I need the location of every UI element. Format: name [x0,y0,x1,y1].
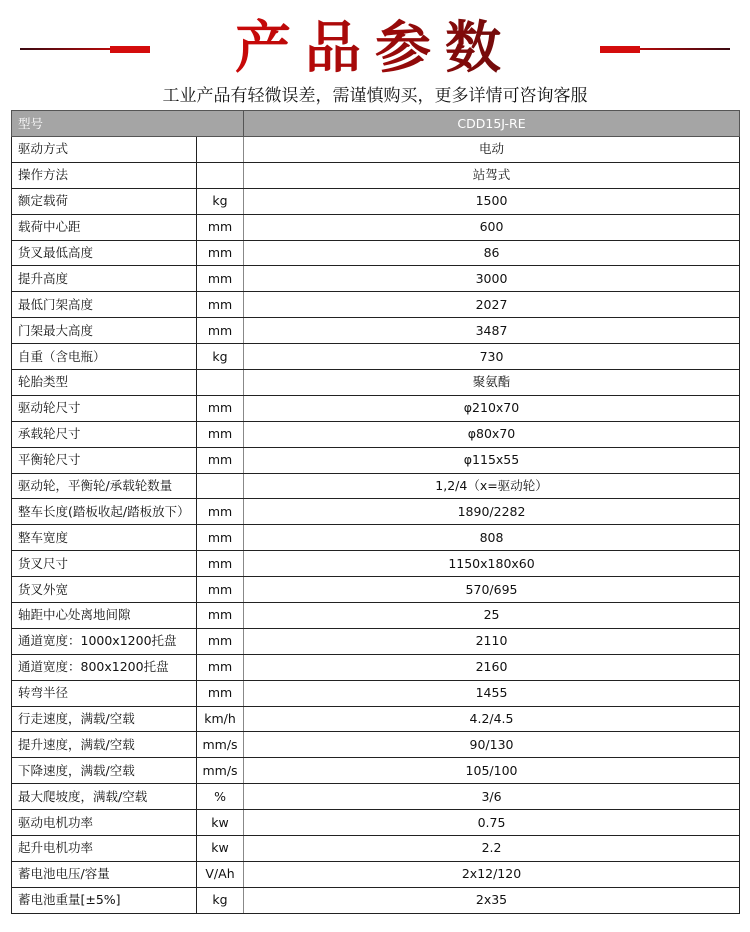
spec-unit: kg [197,188,244,214]
spec-label: 轮胎类型 [12,370,197,396]
table-row: 载荷中心距mm600 [12,214,740,240]
spec-unit [197,473,244,499]
spec-value: 2x12/120 [244,861,740,887]
spec-value: 1500 [244,188,740,214]
decorative-line-right [600,47,730,51]
spec-label: 整车宽度 [12,525,197,551]
table-row: 提升高度mm3000 [12,266,740,292]
spec-unit: mm [197,395,244,421]
table-row: 蓄电池重量[±5%]kg2x35 [12,887,740,913]
table-row: 货叉最低高度mm86 [12,240,740,266]
spec-label: 驱动电机功率 [12,810,197,836]
spec-value: 105/100 [244,758,740,784]
spec-value: 3/6 [244,784,740,810]
spec-unit: kw [197,810,244,836]
spec-value: 站驾式 [244,162,740,188]
spec-unit: mm [197,240,244,266]
table-row: 货叉尺寸mm1150x180x60 [12,551,740,577]
spec-unit: mm [197,628,244,654]
table-row: 起升电机功率kw2.2 [12,836,740,862]
spec-unit: mm [197,447,244,473]
spec-unit: % [197,784,244,810]
table-header-row: 型号 CDD15J-RE [12,111,740,137]
spec-value: 聚氨酯 [244,370,740,396]
spec-label: 转弯半径 [12,680,197,706]
spec-value: 4.2/4.5 [244,706,740,732]
spec-unit: mm [197,551,244,577]
spec-unit: mm [197,214,244,240]
table-row: 提升速度，满载/空载mm/s90/130 [12,732,740,758]
spec-label: 提升高度 [12,266,197,292]
page-subtitle: 工业产品有轻微误差，需谨慎购买，更多详情可咨询客服 [0,85,750,107]
spec-value: 570/695 [244,577,740,603]
spec-unit: kw [197,836,244,862]
spec-unit: mm [197,499,244,525]
spec-value: 86 [244,240,740,266]
spec-value: 2110 [244,628,740,654]
spec-table: 型号 CDD15J-RE 驱动方式电动操作方法站驾式额定载荷kg1500载荷中心… [11,110,740,914]
spec-label: 自重（含电瓶） [12,344,197,370]
table-row: 承载轮尺寸mmφ80x70 [12,421,740,447]
spec-unit: mm [197,654,244,680]
table-row: 驱动电机功率kw0.75 [12,810,740,836]
spec-value: 电动 [244,137,740,163]
spec-label: 门架最大高度 [12,318,197,344]
decorative-line-thin [630,48,730,50]
spec-label: 货叉外宽 [12,577,197,603]
table-row: 最低门架高度mm2027 [12,292,740,318]
spec-label: 平衡轮尺寸 [12,447,197,473]
table-row: 轴距中心处离地间隙mm25 [12,603,740,629]
decorative-line-bar [600,46,640,53]
spec-value: 1455 [244,680,740,706]
spec-unit: mm/s [197,758,244,784]
spec-label: 驱动轮尺寸 [12,395,197,421]
spec-unit: kg [197,344,244,370]
spec-unit: mm [197,525,244,551]
model-label: 型号 [12,111,244,137]
spec-value: 25 [244,603,740,629]
spec-label: 货叉尺寸 [12,551,197,577]
table-row: 驱动轮，平衡轮/承载轮数量1,2/4（x=驱动轮） [12,473,740,499]
spec-unit: V/Ah [197,861,244,887]
table-row: 蓄电池电压/容量V/Ah2x12/120 [12,861,740,887]
spec-unit: mm [197,421,244,447]
spec-unit: mm [197,266,244,292]
spec-label: 驱动方式 [12,137,197,163]
spec-value: φ115x55 [244,447,740,473]
spec-label: 额定载荷 [12,188,197,214]
spec-unit [197,162,244,188]
spec-value: φ210x70 [244,395,740,421]
spec-value: φ80x70 [244,421,740,447]
spec-value: 2160 [244,654,740,680]
spec-unit: mm/s [197,732,244,758]
spec-value: 2x35 [244,887,740,913]
spec-value: 1,2/4（x=驱动轮） [244,473,740,499]
spec-unit: mm [197,318,244,344]
spec-unit: kg [197,887,244,913]
spec-unit: km/h [197,706,244,732]
spec-value: 808 [244,525,740,551]
spec-label: 载荷中心距 [12,214,197,240]
spec-label: 通道宽度：1000x1200托盘 [12,628,197,654]
spec-value: 730 [244,344,740,370]
spec-value: 0.75 [244,810,740,836]
table-row: 整车宽度mm808 [12,525,740,551]
spec-label: 轴距中心处离地间隙 [12,603,197,629]
spec-label: 整车长度(踏板收起/踏板放下） [12,499,197,525]
table-row: 下降速度，满载/空载mm/s105/100 [12,758,740,784]
table-row: 门架最大高度mm3487 [12,318,740,344]
spec-label: 下降速度，满载/空载 [12,758,197,784]
spec-value: 1150x180x60 [244,551,740,577]
table-row: 操作方法站驾式 [12,162,740,188]
table-row: 转弯半径mm1455 [12,680,740,706]
spec-value: 90/130 [244,732,740,758]
table-row: 通道宽度：800x1200托盘mm2160 [12,654,740,680]
spec-label: 提升速度，满载/空载 [12,732,197,758]
table-row: 货叉外宽mm570/695 [12,577,740,603]
spec-label: 蓄电池重量[±5%] [12,887,197,913]
spec-label: 最低门架高度 [12,292,197,318]
table-row: 驱动轮尺寸mmφ210x70 [12,395,740,421]
table-row: 整车长度(踏板收起/踏板放下）mm1890/2282 [12,499,740,525]
model-value: CDD15J-RE [244,111,740,137]
spec-value: 1890/2282 [244,499,740,525]
table-row: 轮胎类型聚氨酯 [12,370,740,396]
table-row: 平衡轮尺寸mmφ115x55 [12,447,740,473]
table-row: 行走速度，满载/空载km/h4.2/4.5 [12,706,740,732]
table-row: 最大爬坡度，满载/空载%3/6 [12,784,740,810]
spec-label: 操作方法 [12,162,197,188]
table-row: 自重（含电瓶）kg730 [12,344,740,370]
spec-unit: mm [197,577,244,603]
spec-value: 600 [244,214,740,240]
spec-value: 3000 [244,266,740,292]
spec-label: 货叉最低高度 [12,240,197,266]
table-row: 通道宽度：1000x1200托盘mm2110 [12,628,740,654]
spec-value: 2.2 [244,836,740,862]
spec-unit: mm [197,292,244,318]
spec-label: 蓄电池电压/容量 [12,861,197,887]
spec-label: 驱动轮，平衡轮/承载轮数量 [12,473,197,499]
table-row: 驱动方式电动 [12,137,740,163]
spec-unit [197,137,244,163]
spec-label: 承载轮尺寸 [12,421,197,447]
spec-value: 2027 [244,292,740,318]
spec-label: 最大爬坡度，满载/空载 [12,784,197,810]
spec-unit: mm [197,603,244,629]
spec-value: 3487 [244,318,740,344]
table-row: 额定载荷kg1500 [12,188,740,214]
spec-label: 行走速度，满载/空载 [12,706,197,732]
spec-label: 起升电机功率 [12,836,197,862]
spec-label: 通道宽度：800x1200托盘 [12,654,197,680]
page-header: 产品参数 [0,0,750,90]
spec-unit [197,370,244,396]
spec-unit: mm [197,680,244,706]
